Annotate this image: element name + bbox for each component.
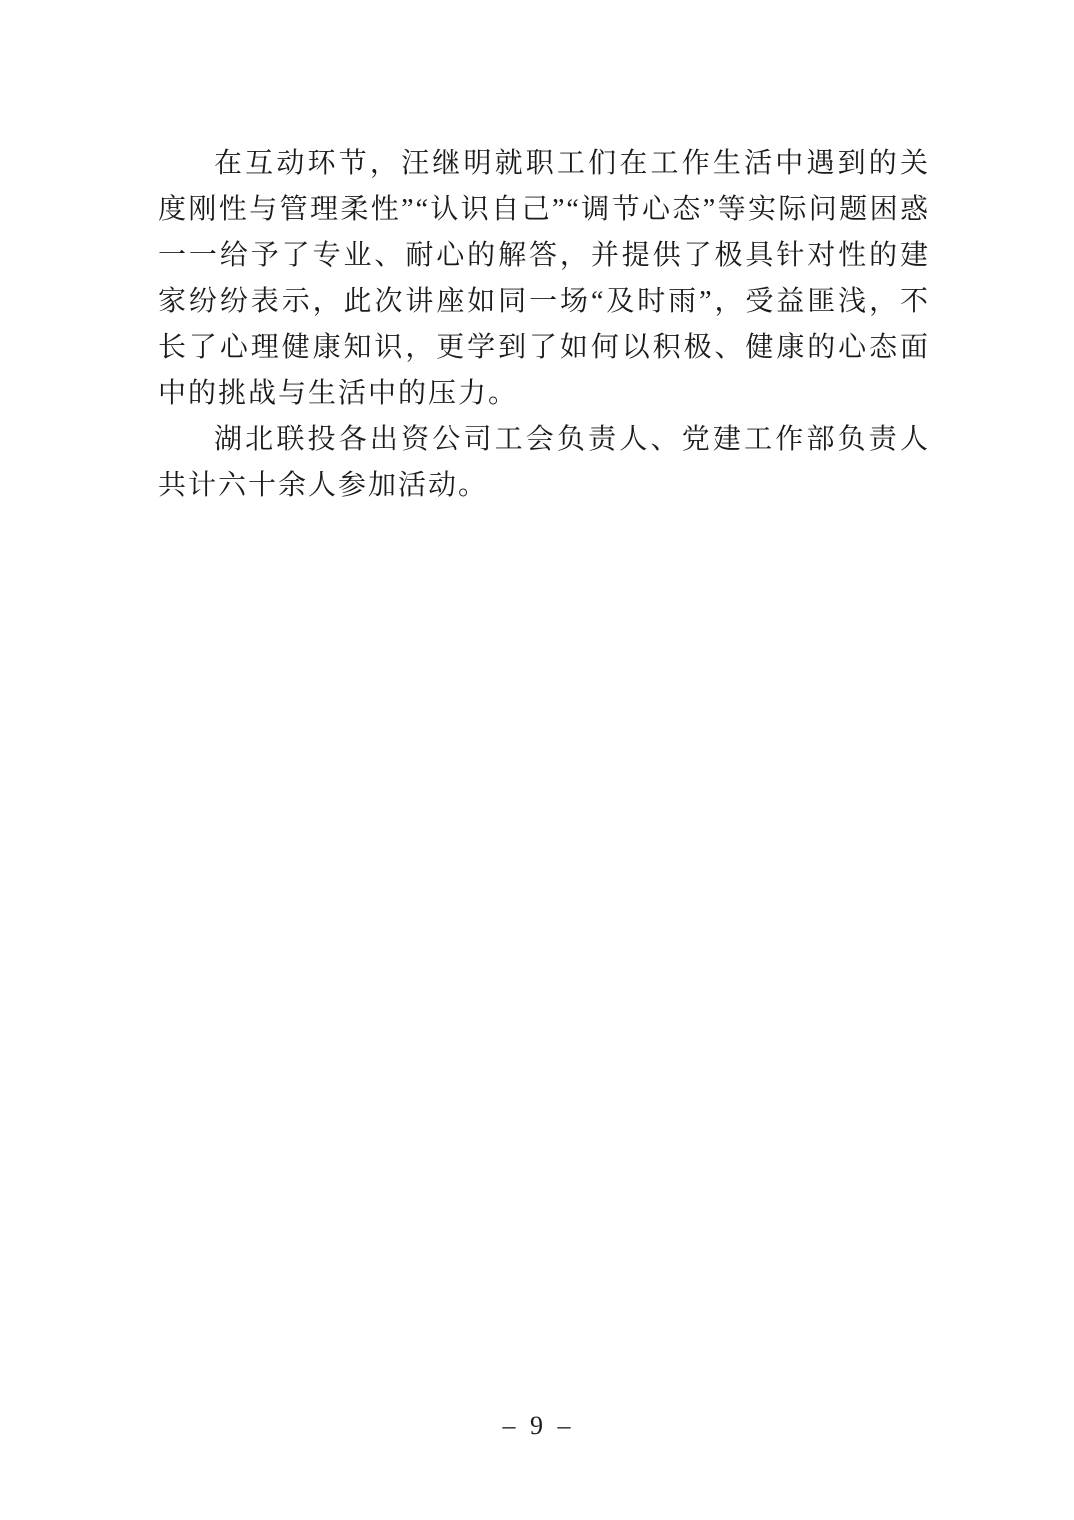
page-number: – 9 – bbox=[503, 1410, 572, 1442]
paragraph-1-line-1: 在互动环节，汪继明就职工们在工作生活中遇到的关于“制 bbox=[158, 141, 930, 187]
paragraph-1-line-4: 家纷纷表示，此次讲座如同一场“及时雨”，受益匪浅，不仅增 bbox=[158, 279, 930, 325]
paragraph-2-line-1: 湖北联投各出资公司工会负责人、党建工作部负责人及职工 bbox=[158, 417, 930, 463]
paragraph-1-line-3: 一一给予了专业、耐心的解答，并提供了极具针对性的建议。大 bbox=[158, 233, 930, 279]
paragraph-1-line-5: 长了心理健康知识，更学到了如何以积极、健康的心态面对工作 bbox=[158, 325, 930, 371]
paragraph-1: 在互动环节，汪继明就职工们在工作生活中遇到的关于“制 度刚性与管理柔性”“认识自… bbox=[158, 141, 930, 417]
paragraph-2-line-2: 共计六十余人参加活动。 bbox=[158, 463, 930, 509]
document-body: 在互动环节，汪继明就职工们在工作生活中遇到的关于“制 度刚性与管理柔性”“认识自… bbox=[158, 141, 930, 509]
paragraph-2: 湖北联投各出资公司工会负责人、党建工作部负责人及职工 共计六十余人参加活动。 bbox=[158, 417, 930, 509]
document-page: 在互动环节，汪继明就职工们在工作生活中遇到的关于“制 度刚性与管理柔性”“认识自… bbox=[0, 0, 1074, 1520]
paragraph-1-line-2: 度刚性与管理柔性”“认识自己”“调节心态”等实际问题困惑 bbox=[158, 187, 930, 233]
page-footer: – 9 – bbox=[0, 1410, 1074, 1442]
paragraph-1-line-6: 中的挑战与生活中的压力。 bbox=[158, 371, 930, 417]
